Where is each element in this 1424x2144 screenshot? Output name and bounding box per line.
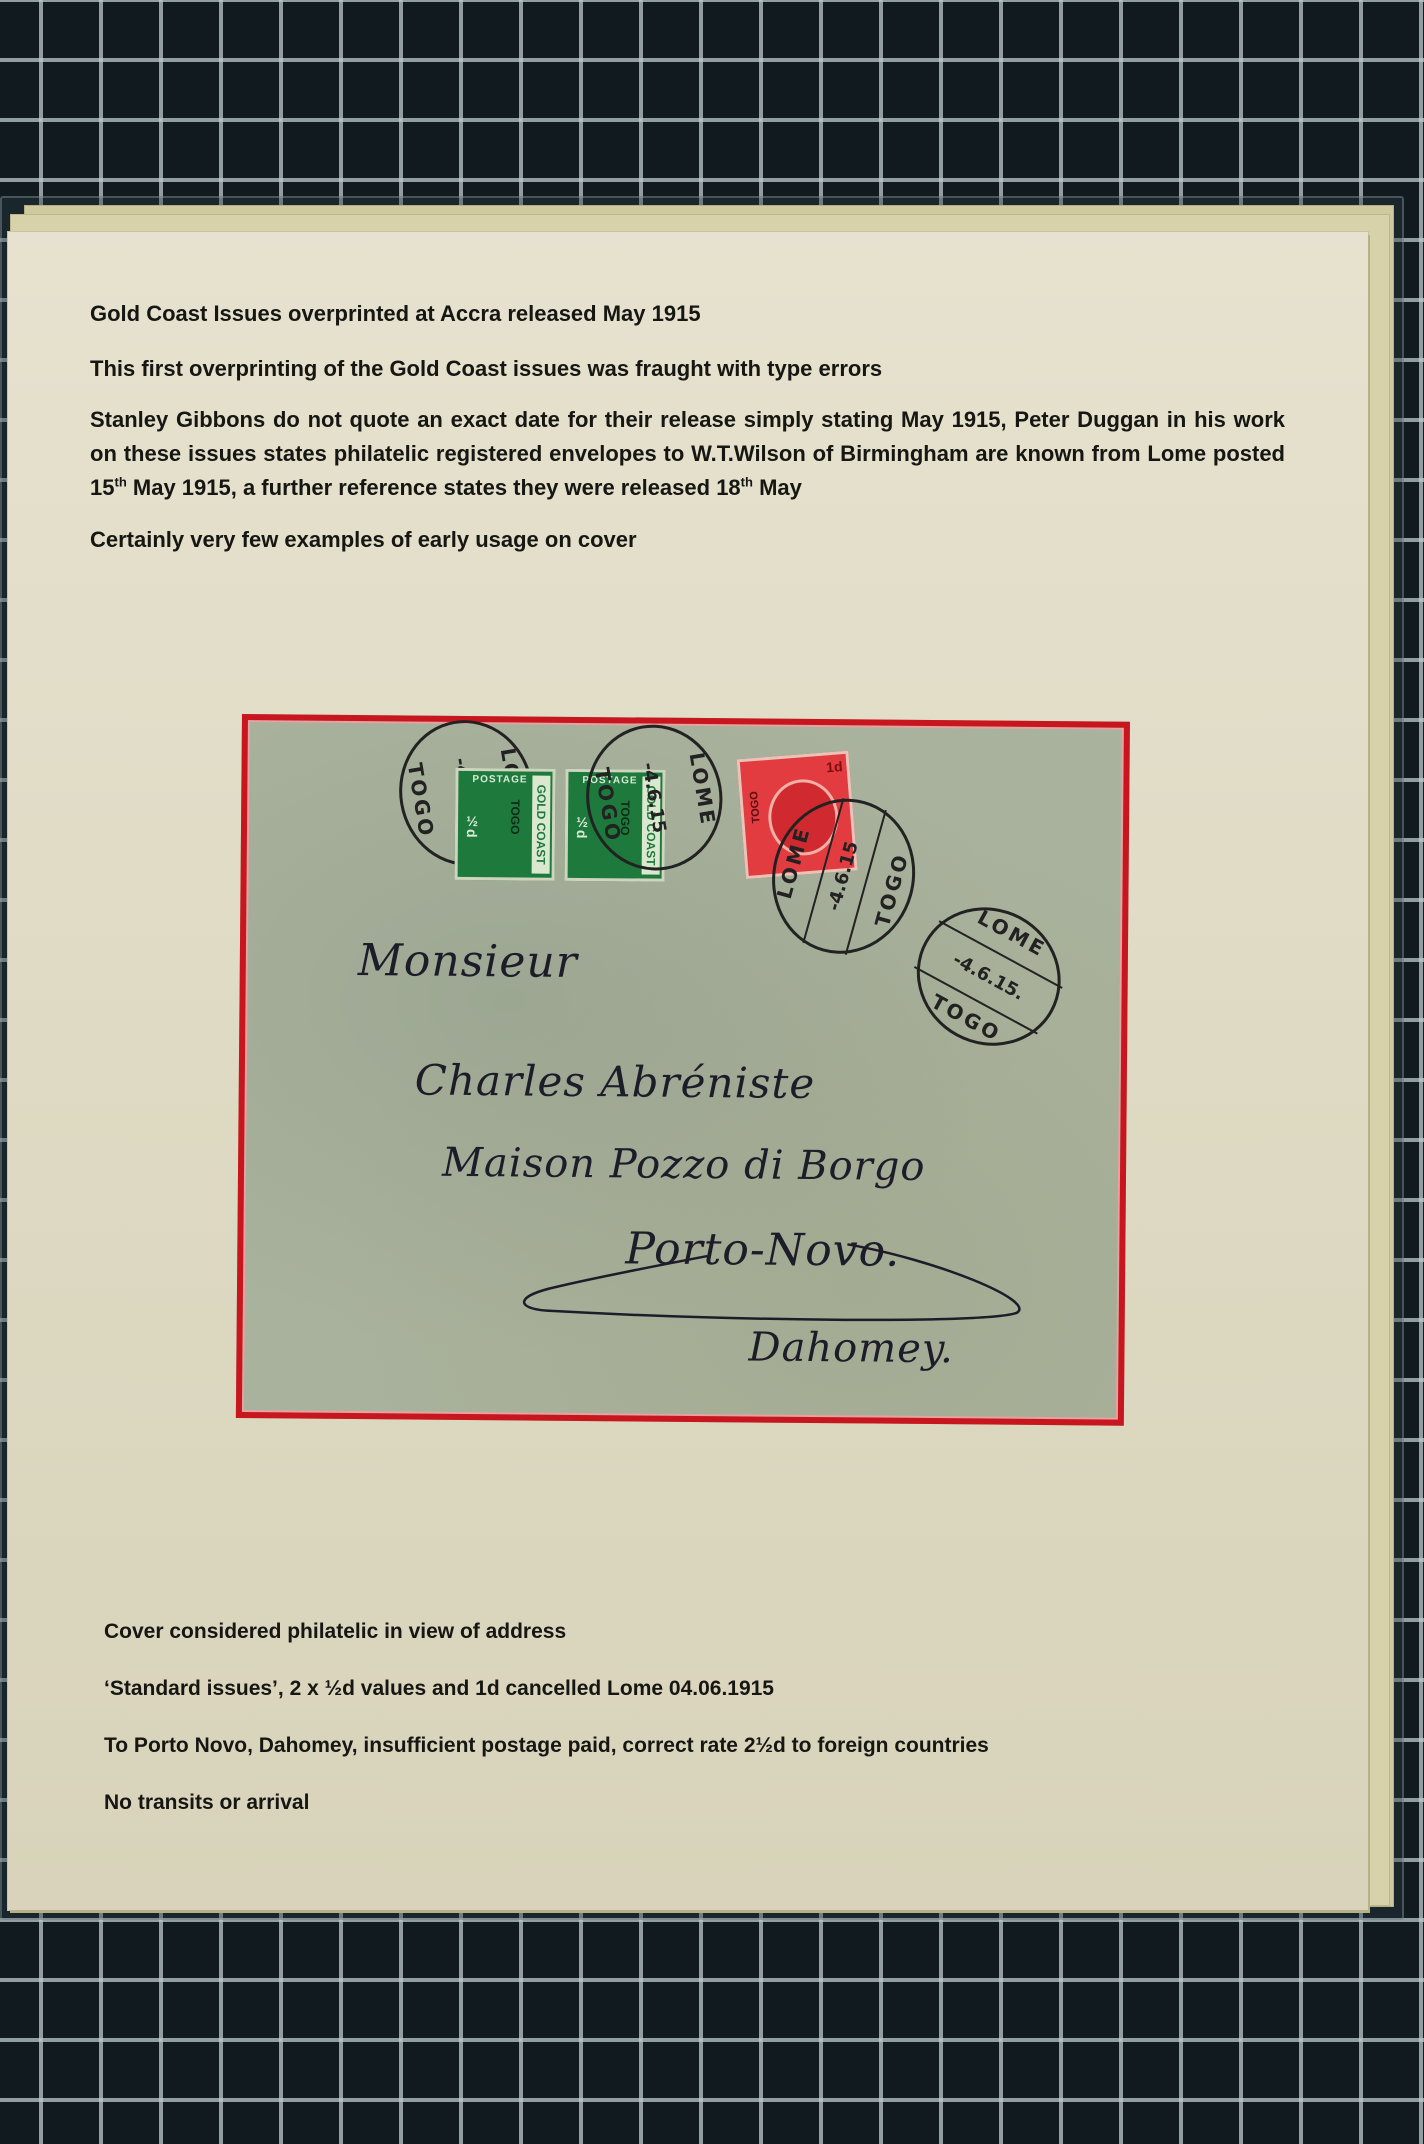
usage-note: Certainly very few examples of early usa…: [90, 523, 1285, 557]
history-paragraph: Stanley Gibbons do not quote an exact da…: [90, 403, 1285, 505]
stamp-half-penny-1: POSTAGE ½d TOGO GOLD COAST: [455, 768, 556, 881]
note-1: Cover considered philatelic in view of a…: [104, 1617, 989, 1647]
note-3: To Porto Novo, Dahomey, insufficient pos…: [104, 1731, 989, 1761]
cover-notes: Cover considered philatelic in view of a…: [104, 1617, 989, 1845]
cover-envelope: LOME -4.6.15 TOGO POSTAGE ½d TOGO GOLD C…: [236, 714, 1130, 1426]
note-2: ‘Standard issues’, 2 x ½d values and 1d …: [104, 1674, 989, 1704]
page-description: Gold Coast Issues overprinted at Accra r…: [90, 297, 1285, 578]
city-underline-flourish: [517, 1236, 1038, 1331]
address-country: Dahomey.: [748, 1324, 954, 1372]
page-title: Gold Coast Issues overprinted at Accra r…: [90, 297, 1285, 331]
page-subtitle: This first overprinting of the Gold Coas…: [90, 352, 1285, 386]
address-salutation: Monsieur: [358, 935, 578, 988]
address-firm: Maison Pozzo di Borgo: [442, 1140, 926, 1190]
address-name: Charles Abréniste: [415, 1056, 816, 1108]
note-4: No transits or arrival: [104, 1788, 989, 1818]
